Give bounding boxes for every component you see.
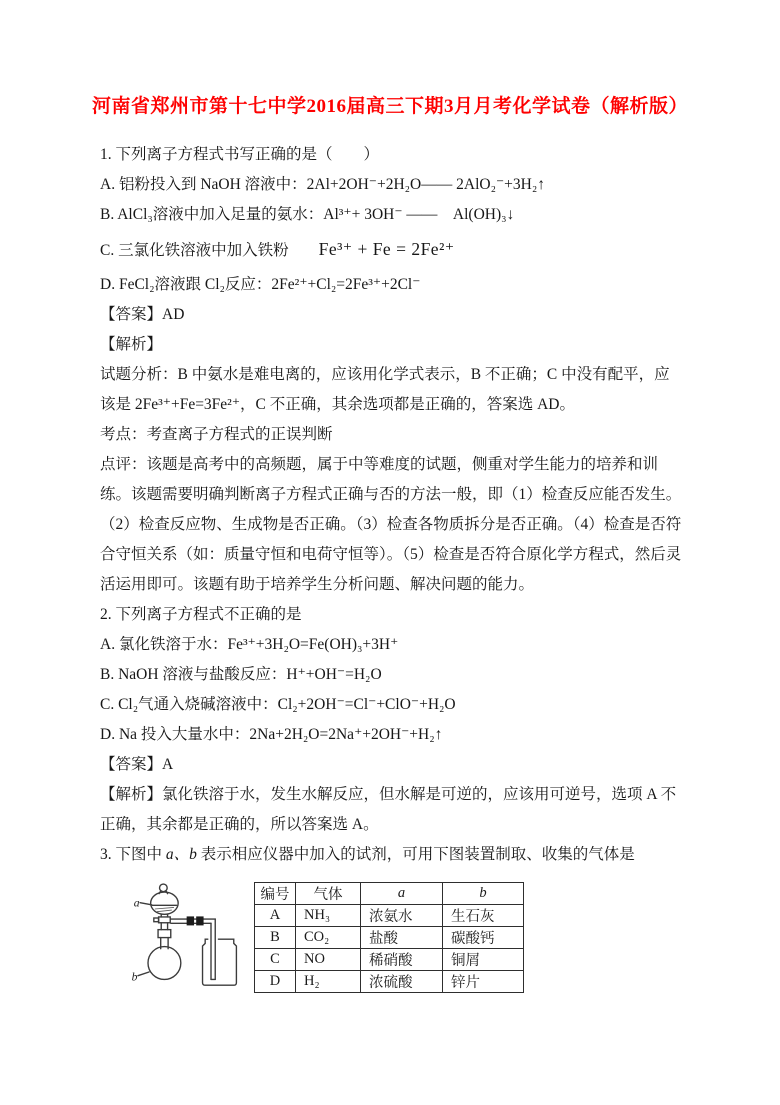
cell-gas: H₂ xyxy=(296,971,361,993)
cell-number: C xyxy=(255,949,296,971)
tube-connector-icon xyxy=(196,916,203,925)
question-1-analysis: 试题分析：B 中氨水是难电离的，应该用化学式表示，B 不正确；C 中没有配平，应… xyxy=(100,360,685,420)
question-3-stem-pre: 3. 下图中 xyxy=(100,846,166,863)
question-1-option-c: C. 三氯化铁溶液中加入铁粉Fe³⁺ + Fe = 2Fe²⁺ xyxy=(100,230,685,270)
question-3-stem: 3. 下图中 a、b 表示相应仪器中加入的试剂，可用下图装置制取、收集的气体是 xyxy=(100,840,685,870)
question-1-comment: 点评：该题是高考中的高频题，属于中等难度的试题，侧重对学生能力的培养和训练。该题… xyxy=(100,450,685,600)
col-header-b: b xyxy=(443,883,524,905)
question-2-analysis: 【解析】氯化铁溶于水，发生水解反应，但水解是可逆的，应该用可逆号，选项 A 不正… xyxy=(100,780,685,840)
reagent-table: 编号 气体 a b A NH₃ 浓氨水 生石灰 B CO₂ 盐酸 碳酸钙 xyxy=(254,882,524,993)
paper-title: 河南省郑州市第十七中学2016届高三下期3月月考化学试卷（解析版） xyxy=(0,0,780,119)
col-header-number: 编号 xyxy=(255,883,296,905)
tube-connector-icon xyxy=(187,916,194,925)
table-row: D H₂ 浓硫酸 锌片 xyxy=(255,971,524,993)
cell-reagent-b: 生石灰 xyxy=(443,905,524,927)
cell-gas: NO xyxy=(296,949,361,971)
reagent-table-header-row: 编号 气体 a b xyxy=(255,883,524,905)
cell-reagent-b: 锌片 xyxy=(443,971,524,993)
cell-reagent-b: 碳酸钙 xyxy=(443,927,524,949)
cell-gas: NH₃ xyxy=(296,905,361,927)
question-2-option-b: B. NaOH 溶液与盐酸反应：H⁺+OH⁻=H₂O xyxy=(100,660,685,690)
question-1-analysis-label: 【解析】 xyxy=(100,330,685,360)
ground-joint-icon xyxy=(158,930,171,938)
question-1-option-c-text: C. 三氯化铁溶液中加入铁粉 xyxy=(100,242,289,259)
table-row: B CO₂ 盐酸 碳酸钙 xyxy=(255,927,524,949)
question-3-stem-post: 表示相应仪器中加入的试剂，可用下图装置制取、收集的气体是 xyxy=(197,846,635,863)
round-bottom-flask-icon xyxy=(148,947,181,980)
cell-number: A xyxy=(255,905,296,927)
exam-paper-page: 河南省郑州市第十七中学2016届高三下期3月月考化学试卷（解析版） 1. 下列离… xyxy=(0,0,780,1105)
diagram-label-a: a xyxy=(134,896,140,909)
question-1-stem: 1. 下列离子方程式书写正确的是（ ） xyxy=(100,140,685,170)
paper-body: 1. 下列离子方程式书写正确的是（ ） A. 铝粉投入到 NaOH 溶液中：2A… xyxy=(100,140,685,993)
stopcock-icon xyxy=(159,917,171,923)
question-1-option-d: D. FeCl₂溶液跟 Cl₂反应：2Fe²⁺+Cl₂=2Fe³⁺+2Cl⁻ xyxy=(100,270,685,300)
question-1-option-c-formula: Fe³⁺ + Fe = 2Fe²⁺ xyxy=(319,239,455,259)
cell-number: D xyxy=(255,971,296,993)
table-row: C NO 稀硝酸 铜屑 xyxy=(255,949,524,971)
cell-reagent-b: 铜屑 xyxy=(443,949,524,971)
question-1-exam-point: 考点：考查离子方程式的正误判断 xyxy=(100,420,685,450)
col-header-gas: 气体 xyxy=(296,883,361,905)
question-1-option-b: B. AlCl₃溶液中加入足量的氨水：Al³⁺+ 3OH⁻ —— Al(OH)₃… xyxy=(100,200,685,230)
question-2-answer: 【答案】A xyxy=(100,750,685,780)
question-2-option-d: D. Na 投入大量水中：2Na+2H₂O=2Na⁺+2OH⁻+H₂↑ xyxy=(100,720,685,750)
col-header-a: a xyxy=(361,883,443,905)
table-row: A NH₃ 浓氨水 生石灰 xyxy=(255,905,524,927)
gas-apparatus-diagram: a b xyxy=(128,882,240,990)
cell-reagent-a: 稀硝酸 xyxy=(361,949,443,971)
diagram-label-b: b xyxy=(132,970,138,983)
question-2-option-a: A. 氯化铁溶于水：Fe³⁺+3H₂O=Fe(OH)₃+3H⁺ xyxy=(100,630,685,660)
question-1-answer: 【答案】AD xyxy=(100,300,685,330)
question-3-figure-row: a b xyxy=(128,882,685,993)
question-1-option-a: A. 铝粉投入到 NaOH 溶液中：2Al+2OH⁻+2H₂O—— 2AlO₂⁻… xyxy=(100,170,685,200)
question-3-stem-ab: a、b xyxy=(166,846,197,863)
cell-reagent-a: 盐酸 xyxy=(361,927,443,949)
cell-number: B xyxy=(255,927,296,949)
cell-gas: CO₂ xyxy=(296,927,361,949)
question-2-option-c: C. Cl₂气通入烧碱溶液中：Cl₂+2OH⁻=Cl⁻+ClO⁻+H₂O xyxy=(100,690,685,720)
gas-collecting-bottle-icon xyxy=(203,939,237,985)
question-2-stem: 2. 下列离子方程式不正确的是 xyxy=(100,600,685,630)
cell-reagent-a: 浓硫酸 xyxy=(361,971,443,993)
cell-reagent-a: 浓氨水 xyxy=(361,905,443,927)
